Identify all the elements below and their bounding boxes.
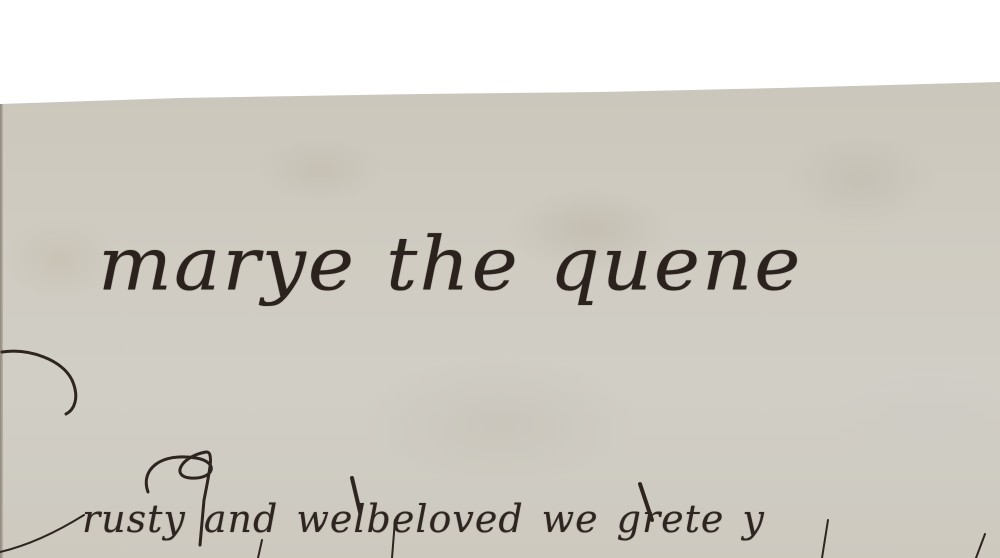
lower-left-sweep-icon [0, 515, 84, 552]
salutation-word: rusty [82, 497, 186, 541]
descender-stroke-icon [258, 540, 262, 558]
salutation-word: we [542, 497, 599, 541]
salutation-line: rustyandwelbelovedwegretey [82, 500, 783, 538]
salutation-word: welbeloved [296, 497, 523, 541]
salutation-word: and [204, 497, 278, 541]
descender-stroke-icon [822, 520, 828, 558]
salutation-word: grete [617, 497, 725, 541]
letter-heading: maryethequene [98, 228, 832, 302]
margin-flourish-icon [2, 351, 76, 414]
heading-word-quene: quene [550, 222, 803, 308]
salutation-word: y [742, 497, 764, 541]
descender-stroke-icon [976, 534, 985, 558]
heading-word-marye: marye [98, 222, 356, 308]
heading-word-the: the [386, 222, 520, 308]
